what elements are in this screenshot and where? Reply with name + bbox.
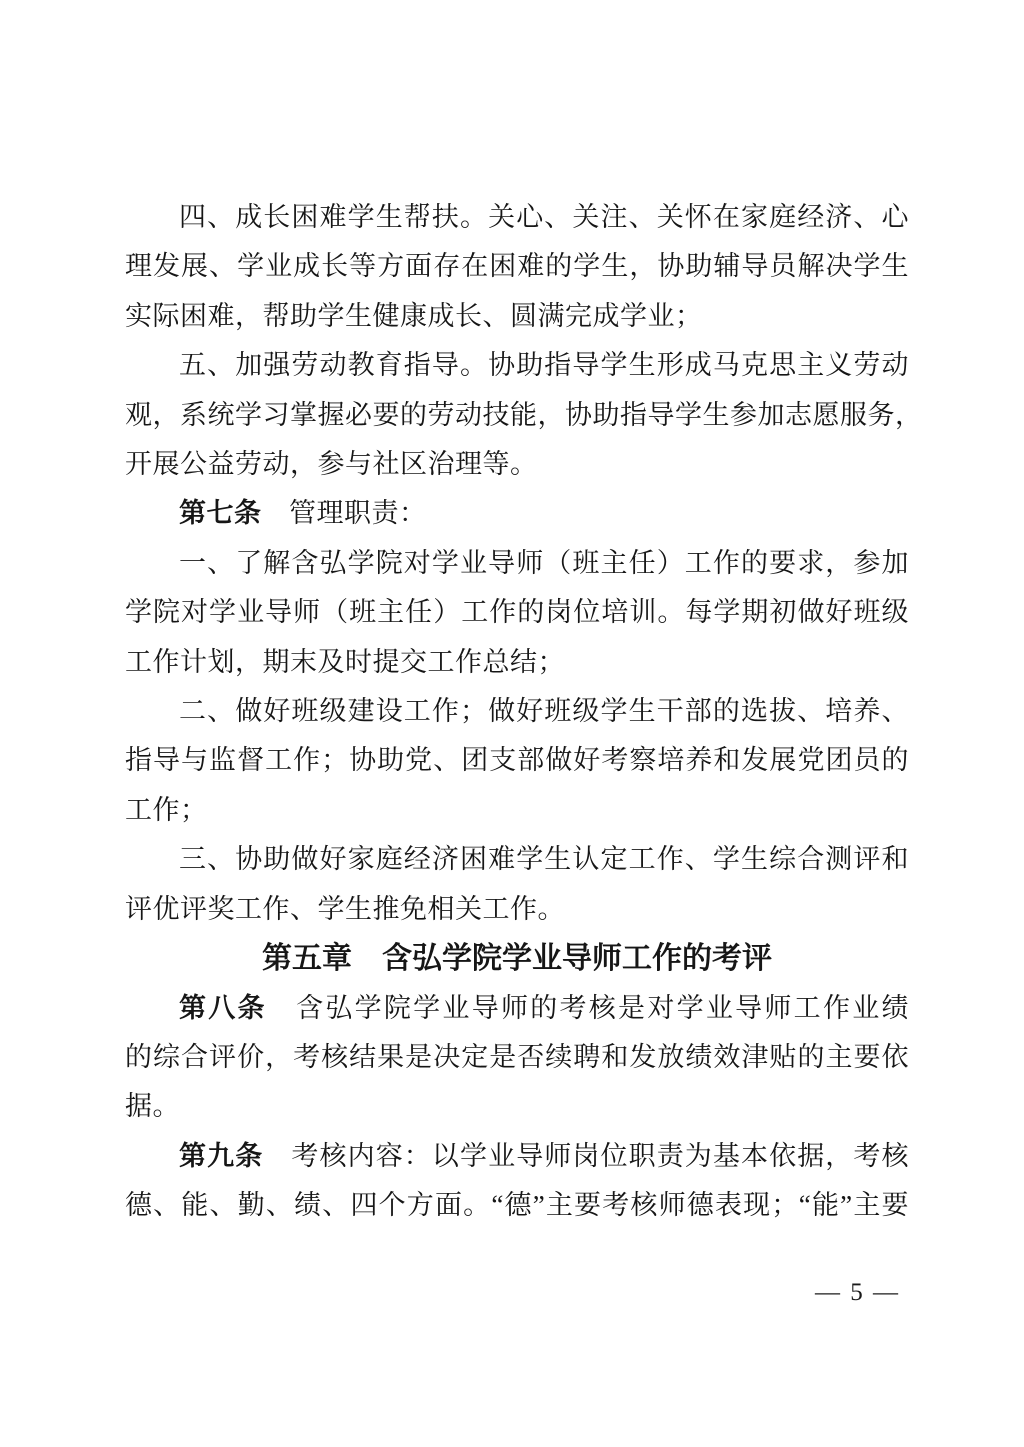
text-segment: 二、做好班级建设工作；做好班级学生干部的选拔、培养、: [179, 696, 909, 726]
paragraph: 第九条 考核内容：以学业导师岗位职责为基本依据，考核德、能、勤、绩、四个方面。“…: [125, 1132, 909, 1231]
paragraph: 第八条 含弘学院学业导师的考核是对学业导师工作业绩的综合评价，考核结果是决定是否…: [125, 984, 909, 1132]
bold-text: 第九条: [179, 1141, 263, 1171]
bold-text: 第五章 含弘学院学业导师工作的考评: [262, 942, 772, 975]
chapter-heading: 第五章 含弘学院学业导师工作的考评: [125, 934, 909, 983]
page-number: — 5 —: [815, 1278, 900, 1308]
paragraph: 第七条 管理职责：: [125, 489, 909, 538]
text-line: 第五章 含弘学院学业导师工作的考评: [125, 934, 909, 983]
paragraph: 二、做好班级建设工作；做好班级学生干部的选拔、培养、指导与监督工作；协助党、团支…: [125, 687, 909, 835]
text-segment: 管理职责：: [262, 498, 427, 528]
text-line: 的综合评价，考核结果是决定是否续聘和发放绩效津贴的主要依: [125, 1033, 909, 1082]
text-segment: 据。: [125, 1091, 180, 1121]
text-segment: 五、加强劳动教育指导。协助指导学生形成马克思主义劳动: [179, 350, 909, 380]
text-line: 德、能、勤、绩、四个方面。“德”主要考核师德表现；“能”主要: [125, 1181, 909, 1230]
text-line: 三、协助做好家庭经济困难学生认定工作、学生综合测评和: [125, 835, 909, 884]
text-line: 一、了解含弘学院对学业导师（班主任）工作的要求，参加: [125, 539, 909, 588]
text-line: 二、做好班级建设工作；做好班级学生干部的选拔、培养、: [125, 687, 909, 736]
text-segment: 三、协助做好家庭经济困难学生认定工作、学生综合测评和: [179, 844, 909, 874]
text-line: 工作计划，期末及时提交工作总结；: [125, 638, 909, 687]
text-line: 第八条 含弘学院学业导师的考核是对学业导师工作业绩: [125, 984, 909, 1033]
text-line: 开展公益劳动，参与社区治理等。: [125, 440, 909, 489]
text-segment: 理发展、学业成长等方面存在困难的学生，协助辅导员解决学生: [125, 251, 909, 281]
text-line: 观，系统学习掌握必要的劳动技能，协助指导学生参加志愿服务，: [125, 391, 909, 440]
text-segment: 工作计划，期末及时提交工作总结；: [125, 647, 565, 677]
paragraph: 一、了解含弘学院对学业导师（班主任）工作的要求，参加学院对学业导师（班主任）工作…: [125, 539, 909, 687]
text-segment: 实际困难，帮助学生健康成长、圆满完成学业；: [125, 301, 703, 331]
text-segment: 指导与监督工作；协助党、团支部做好考察培养和发展党团员的: [125, 745, 909, 775]
paragraph: 四、成长困难学生帮扶。关心、关注、关怀在家庭经济、心理发展、学业成长等方面存在困…: [125, 193, 909, 341]
text-line: 评优评奖工作、学生推免相关工作。: [125, 885, 909, 934]
text-segment: 考核内容：以学业导师岗位职责为基本依据，考核: [263, 1141, 909, 1171]
text-line: 学院对学业导师（班主任）工作的岗位培训。每学期初做好班级: [125, 588, 909, 637]
text-segment: 四、成长困难学生帮扶。关心、关注、关怀在家庭经济、心: [179, 202, 909, 232]
text-line: 理发展、学业成长等方面存在困难的学生，协助辅导员解决学生: [125, 242, 909, 291]
text-segment: 德、能、勤、绩、四个方面。“德”主要考核师德表现；“能”主要: [125, 1190, 909, 1220]
text-segment: 学院对学业导师（班主任）工作的岗位培训。每学期初做好班级: [125, 597, 909, 627]
text-line: 指导与监督工作；协助党、团支部做好考察培养和发展党团员的: [125, 736, 909, 785]
text-line: 第九条 考核内容：以学业导师岗位职责为基本依据，考核: [125, 1132, 909, 1181]
text-segment: 观，系统学习掌握必要的劳动技能，协助指导学生参加志愿服务，: [125, 400, 923, 430]
text-segment: 一、了解含弘学院对学业导师（班主任）工作的要求，参加: [179, 548, 909, 578]
document-page: 四、成长困难学生帮扶。关心、关注、关怀在家庭经济、心理发展、学业成长等方面存在困…: [0, 0, 1024, 1447]
text-line: 实际困难，帮助学生健康成长、圆满完成学业；: [125, 292, 909, 341]
text-segment: 工作；: [125, 795, 208, 825]
bold-text: 第八条: [179, 993, 267, 1023]
text-segment: 的综合评价，考核结果是决定是否续聘和发放绩效津贴的主要依: [125, 1042, 909, 1072]
document-body: 四、成长困难学生帮扶。关心、关注、关怀在家庭经济、心理发展、学业成长等方面存在困…: [125, 193, 909, 1231]
bold-text: 第七条: [179, 498, 262, 528]
text-line: 五、加强劳动教育指导。协助指导学生形成马克思主义劳动: [125, 341, 909, 390]
text-line: 第七条 管理职责：: [125, 489, 909, 538]
paragraph: 五、加强劳动教育指导。协助指导学生形成马克思主义劳动观，系统学习掌握必要的劳动技…: [125, 341, 909, 489]
text-segment: 评优评奖工作、学生推免相关工作。: [125, 894, 565, 924]
text-segment: 含弘学院学业导师的考核是对学业导师工作业绩: [267, 993, 909, 1023]
paragraph: 三、协助做好家庭经济困难学生认定工作、学生综合测评和评优评奖工作、学生推免相关工…: [125, 835, 909, 934]
text-line: 工作；: [125, 786, 909, 835]
text-line: 据。: [125, 1082, 909, 1131]
text-line: 四、成长困难学生帮扶。关心、关注、关怀在家庭经济、心: [125, 193, 909, 242]
text-segment: 开展公益劳动，参与社区治理等。: [125, 449, 538, 479]
